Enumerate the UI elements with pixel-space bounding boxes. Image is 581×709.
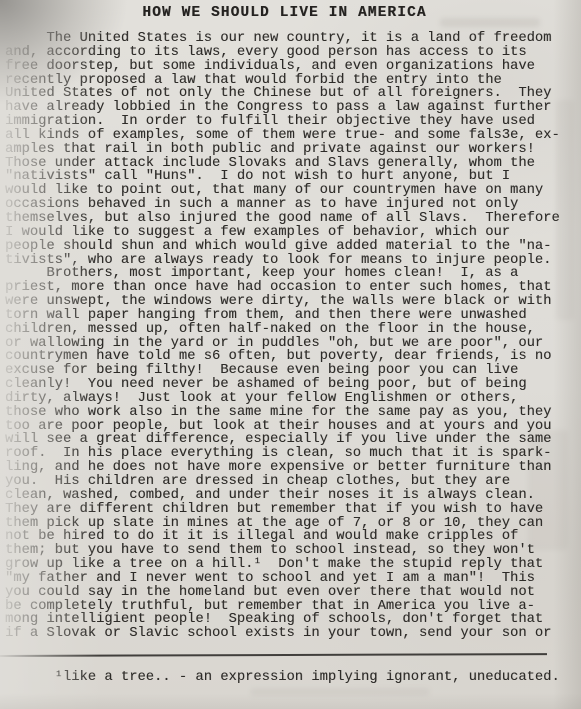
document-title: HOW WE SHOULD LIVE IN AMERICA [0,7,575,21]
paragraph-1: The United States is our new country, it… [5,32,560,267]
bleed-through-smudge [250,688,430,696]
document-body: The United States is our new country, it… [5,32,560,641]
paragraph-2: Brothers, most important, keep your home… [5,267,560,641]
bottom-edge-scan-shade [0,693,581,709]
scanned-document-page: HOW WE SHOULD LIVE IN AMERICA The United… [0,0,581,709]
footnote-separator [0,653,547,657]
footnote: ¹like a tree.. - an expression implying … [5,671,560,685]
